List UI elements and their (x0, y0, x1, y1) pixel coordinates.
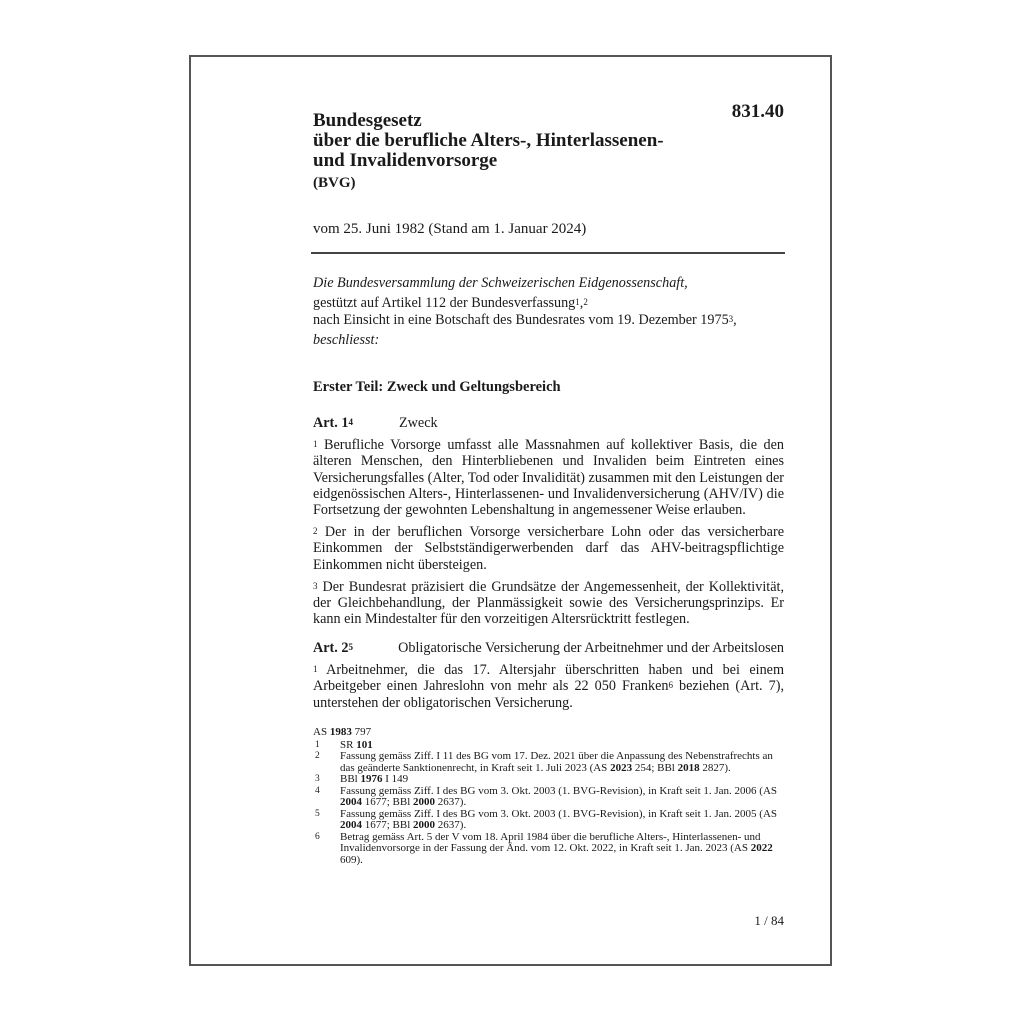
preamble-basis: gestützt auf Artikel 112 der Bundesverfa… (313, 295, 793, 312)
footnote-ref-3[interactable]: 3 (729, 314, 734, 324)
footnote-number: 4 (313, 786, 340, 809)
article-2: Art. 25 Obligatorische Versicherung der … (313, 640, 784, 717)
paragraph-number: 1 (313, 664, 318, 674)
as-page: 797 (352, 726, 371, 738)
footnote-item: 6Betrag gemäss Art. 5 der V vom 18. Apri… (313, 832, 784, 867)
footnote-text: BBl 1976 I 149 (340, 774, 784, 786)
footnote-item: 3BBl 1976 I 149 (313, 774, 784, 786)
paragraph: 3 Der Bundesrat präzisiert die Grundsätz… (313, 579, 784, 628)
footnote-item: 4Fassung gemäss Ziff. I des BG vom 3. Ok… (313, 786, 784, 809)
footnote-item: 2Fassung gemäss Ziff. I 11 des BG vom 17… (313, 751, 784, 774)
paragraph-text: Der in der beruflichen Vorsorge versiche… (313, 524, 784, 572)
title-line-1: Bundesgesetz (313, 111, 664, 131)
article-title: Zweck (399, 415, 438, 431)
law-title: Bundesgesetz über die berufliche Alters-… (313, 111, 664, 171)
preamble: Die Bundesversammlung der Schweizerische… (313, 275, 793, 349)
article-number: Art. 25 (313, 640, 398, 656)
sr-number: 831.40 (721, 101, 784, 123)
as-year: 1983 (330, 726, 352, 738)
footnote-number: 3 (313, 774, 340, 786)
preamble-basis-text: gestützt auf Artikel 112 der Bundesverfa… (313, 295, 575, 311)
preamble-message: nach Einsicht in eine Botschaft des Bund… (313, 312, 793, 329)
header-divider (311, 252, 785, 254)
paragraph: 1 Berufliche Vorsorge umfasst alle Massn… (313, 437, 784, 518)
footnote-number: 6 (313, 832, 340, 867)
article-number-text: Art. 1 (313, 415, 348, 431)
article-number-text: Art. 2 (313, 640, 348, 656)
footnote-number: 5 (313, 809, 340, 832)
official-compilation-ref: AS 1983 797 (313, 727, 784, 739)
footnote-list: 1SR 1012Fassung gemäss Ziff. I 11 des BG… (313, 740, 784, 867)
paragraph-text: Berufliche Vorsorge umfasst alle Massnah… (313, 437, 784, 518)
preamble-message-text: nach Einsicht in eine Botschaft des Bund… (313, 312, 729, 328)
title-line-3: und Invalidenvorsorge (313, 151, 664, 171)
paragraph-number: 2 (313, 526, 318, 536)
paragraph: 1 Arbeitnehmer, die das 17. Altersjahr ü… (313, 662, 784, 711)
law-abbreviation: (BVG) (313, 175, 356, 192)
part-heading: Erster Teil: Zweck und Geltungsbereich (313, 379, 561, 396)
footnote-ref-4[interactable]: 4 (348, 417, 353, 427)
footnote-ref-6[interactable]: 6 (668, 680, 673, 690)
paragraph-number: 1 (313, 439, 318, 449)
footnote-number: 2 (313, 751, 340, 774)
footnote-text: Fassung gemäss Ziff. I des BG vom 3. Okt… (340, 809, 784, 832)
paragraph-number: 3 (313, 581, 318, 591)
paragraph: 2 Der in der beruflichen Vorsorge versic… (313, 524, 784, 573)
footnote-ref-1[interactable]: 1 (575, 297, 580, 307)
paragraph-text: Der Bundesrat präzisiert die Grundsätze … (313, 579, 784, 627)
as-prefix: AS (313, 726, 330, 738)
document-page: 831.40 Bundesgesetz über die berufliche … (189, 55, 832, 966)
footnote-item: 5Fassung gemäss Ziff. I des BG vom 3. Ok… (313, 809, 784, 832)
footnote-ref-5[interactable]: 5 (348, 642, 353, 652)
preamble-resolves: beschliesst: (313, 332, 793, 349)
article-title: Obligatorische Versicherung der Arbeitne… (398, 640, 784, 656)
article-heading: Art. 25 Obligatorische Versicherung der … (313, 640, 784, 656)
preamble-intro: Die Bundesversammlung der Schweizerische… (313, 275, 793, 292)
footnote-number: 1 (313, 740, 340, 752)
article-number: Art. 14 (313, 415, 399, 431)
footnote-text: Fassung gemäss Ziff. I des BG vom 3. Okt… (340, 786, 784, 809)
footnote-text: Betrag gemäss Art. 5 der V vom 18. April… (340, 832, 784, 867)
page-number: 1 / 84 (721, 913, 784, 929)
date-line: vom 25. Juni 1982 (Stand am 1. Januar 20… (313, 221, 586, 238)
article-1: Art. 14 Zweck 1 Berufliche Vorsorge umfa… (313, 415, 784, 633)
title-line-2: über die berufliche Alters-, Hinterlasse… (313, 131, 664, 151)
footnotes: AS 1983 797 1SR 1012Fassung gemäss Ziff.… (313, 727, 784, 866)
separator: , (733, 312, 737, 328)
footnote-ref-2[interactable]: 2 (583, 297, 588, 307)
footnote-text: Fassung gemäss Ziff. I 11 des BG vom 17.… (340, 751, 784, 774)
article-heading: Art. 14 Zweck (313, 415, 784, 431)
